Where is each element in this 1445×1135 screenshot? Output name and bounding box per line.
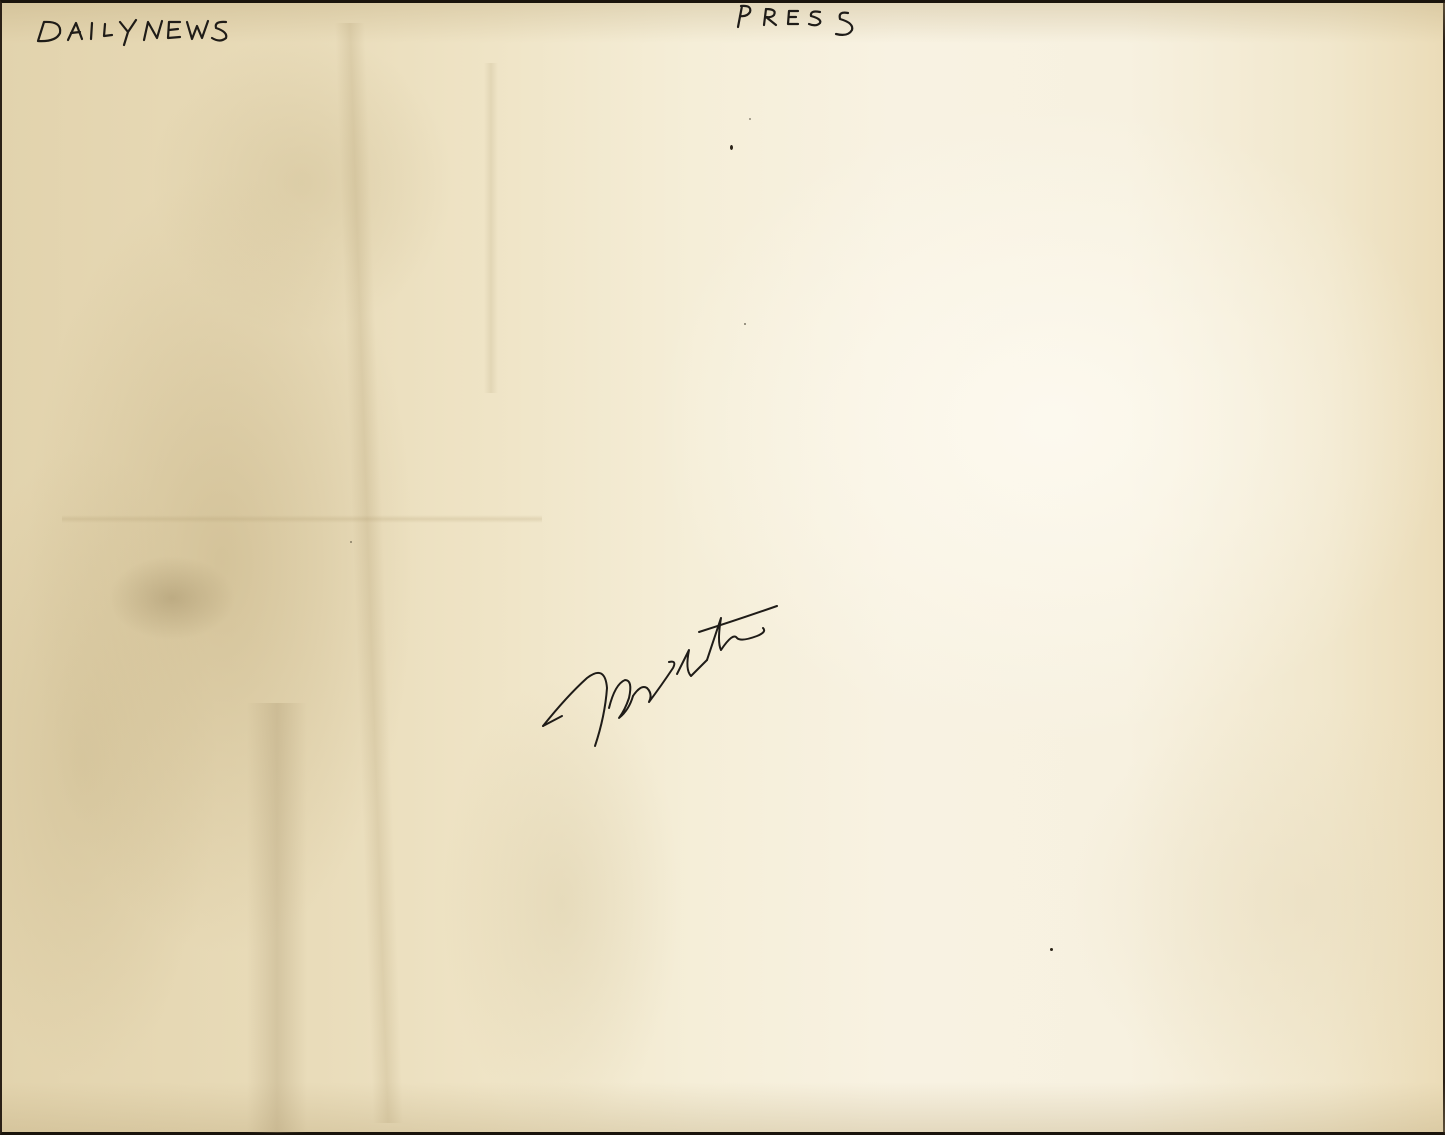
ink-speck — [744, 323, 746, 325]
ink-speck — [1050, 948, 1053, 951]
daily-news-strokes — [32, 11, 272, 51]
vertical-crease — [335, 23, 403, 1123]
photo-back-sheet: DAILY NEWS — [0, 0, 1445, 1135]
vertical-stain — [247, 703, 307, 1133]
press-strokes — [730, 3, 890, 43]
aged-bottom-edge — [2, 1082, 1445, 1132]
signature-strokes — [537, 598, 797, 753]
signature-annotation: North — [537, 598, 797, 753]
ink-speck — [749, 118, 751, 120]
vertical-crease-faint — [484, 63, 498, 393]
daily-news-annotation: DAILY NEWS — [32, 11, 272, 51]
horizontal-crease — [62, 515, 542, 523]
ink-speck — [730, 145, 733, 150]
press-annotation: PRESS — [730, 3, 890, 43]
ink-speck — [350, 541, 352, 543]
